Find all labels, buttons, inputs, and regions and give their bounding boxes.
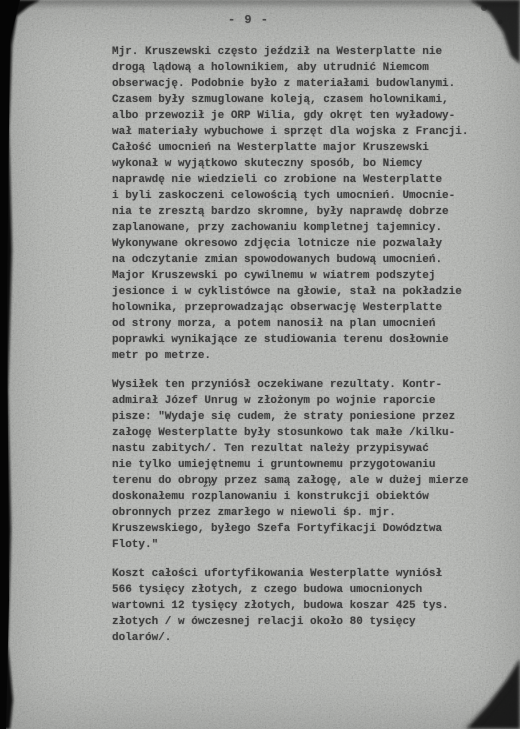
scan-artifact-top-edge	[0, 0, 520, 9]
scanned-document-page: - 9 - Mjr. Kruszewski często jeździł na …	[0, 0, 520, 729]
handwritten-insertion-mark: z/	[202, 478, 214, 489]
document-paragraph-1: Mjr. Kruszewski często jeździł na Wester…	[112, 44, 474, 364]
page-number: - 9 -	[228, 13, 269, 27]
document-paragraph-2: Wysiłek ten przyniósł oczekiwane rezulta…	[112, 377, 474, 553]
document-text: Mjr. Kruszewski często jeździł na Wester…	[112, 44, 474, 659]
document-paragraph-3: Koszt całości ufortyfikowania Westerplat…	[112, 566, 474, 646]
scan-artifact-left-edge	[0, 0, 46, 729]
